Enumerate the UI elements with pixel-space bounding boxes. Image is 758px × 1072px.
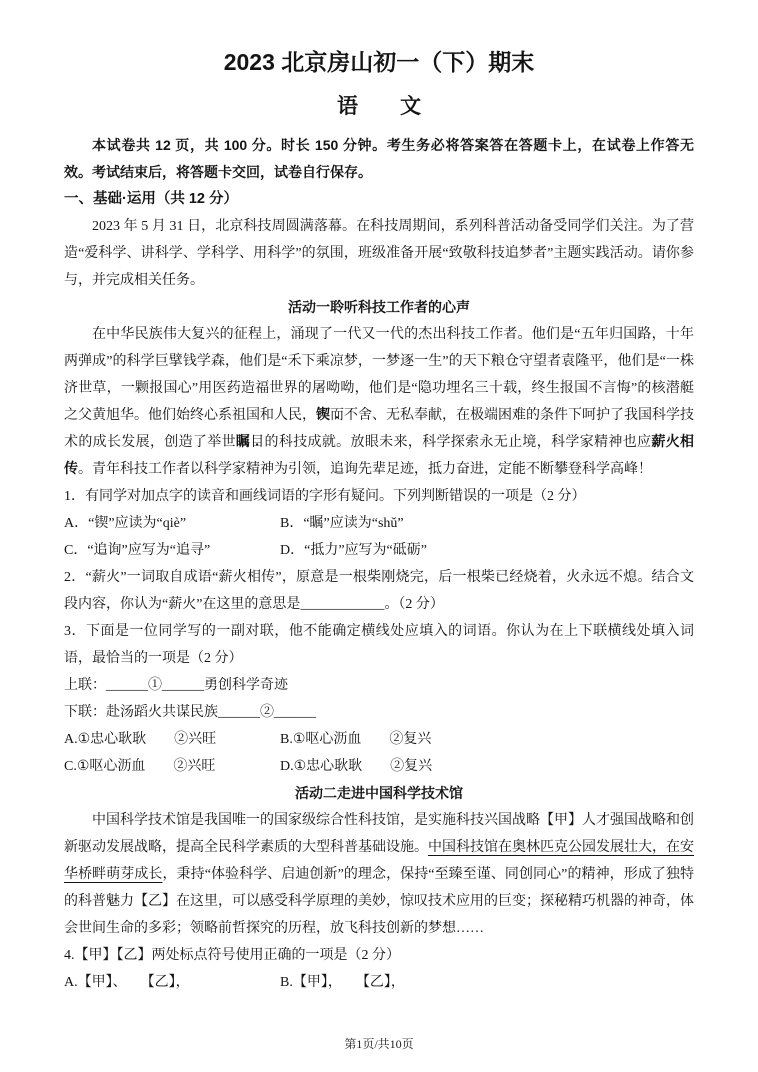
emphasized-char-qie: 锲 xyxy=(316,408,330,423)
question3-option-a: A.①忠心耿耿 ②兴旺 xyxy=(64,726,280,753)
activity1-passage: 在中华民族伟大复兴的征程上，涌现了一代又一代的杰出科技工作者。他们是“五年归国路… xyxy=(64,321,694,483)
question2-stem: 2．“薪火”一词取自成语“薪火相传”，原意是一根柴刚烧完，后一根柴已经烧着，火永… xyxy=(64,564,694,618)
exam-notice: 本试卷共 12 页，共 100 分。时长 150 分钟。考生务必将答案答在答题卡… xyxy=(64,132,694,186)
question1-option-a: A．“锲”应读为“qiè” xyxy=(64,510,280,537)
question4-option-a: A.【甲】、 【乙】， xyxy=(64,969,280,996)
section1-heading: 一、基础·运用（共 12 分） xyxy=(64,186,694,213)
page-number-footer: 第1页/共10页 xyxy=(0,1035,758,1052)
couplet-upper-line: 上联：______①______勇创科学奇迹 xyxy=(64,672,694,699)
question3-option-b: B.①呕心沥血 ②复兴 xyxy=(280,726,694,753)
paper-subject: 语 文 xyxy=(64,92,694,122)
question3-stem: 3．下面是一位同学写的一副对联，他不能确定横线处应填入的词语。你认为在上下联横线… xyxy=(64,618,694,672)
question1-option-c: C．“追询”应写为“追寻” xyxy=(64,537,280,564)
emphasized-char-zhu: 瞩 xyxy=(236,435,250,450)
question2-blank: ____________ xyxy=(300,597,384,612)
question1-options-row1: A．“锲”应读为“qiè” B．“瞩”应读为“shǔ” xyxy=(64,510,694,537)
question3-options-row2: C.①呕心沥血 ②兴旺 D.①忠心耿耿 ②复兴 xyxy=(64,753,694,780)
question2-score: 。（2 分） xyxy=(384,597,444,612)
passage-run: 。青年科技工作者以科学家精神为引领，追询先辈足迹，抵力奋进，定能不断攀登科学高峰… xyxy=(78,462,652,477)
question1-option-b: B．“瞩”应读为“shǔ” xyxy=(280,510,694,537)
activity1-heading: 活动一聆听科技工作者的心声 xyxy=(64,294,694,321)
question3-options-row1: A.①忠心耿耿 ②兴旺 B.①呕心沥血 ②复兴 xyxy=(64,726,694,753)
question1-options-row2: C．“追询”应写为“追寻” D．“抵力”应写为“砥砺” xyxy=(64,537,694,564)
question4-stem: 4.【甲】【乙】两处标点符号使用正确的一项是（2 分） xyxy=(64,942,694,969)
activity2-heading: 活动二走进中国科学技术馆 xyxy=(64,780,694,807)
couplet-lower-line: 下联：赴汤蹈火共谋民族______②______ xyxy=(64,699,694,726)
question1-stem: 1．有同学对加点字的读音和画线词语的字形有疑问。下列判断错误的一项是（2 分） xyxy=(64,483,694,510)
question3-option-c: C.①呕心沥血 ②兴旺 xyxy=(64,753,280,780)
section1-intro-paragraph: 2023 年 5 月 31 日，北京科技周圆满落幕。在科技周期间，系列科普活动备… xyxy=(64,213,694,294)
page-content: 2023 北京房山初一（下）期末 语 文 本试卷共 12 页，共 100 分。时… xyxy=(0,0,758,996)
exam-paper-page: 2023 北京房山初一（下）期末 语 文 本试卷共 12 页，共 100 分。时… xyxy=(0,0,758,1072)
question4-options-row1: A.【甲】、 【乙】， B.【甲】， 【乙】， xyxy=(64,969,694,996)
activity2-passage: 中国科学技术馆是我国唯一的国家级综合性科技馆，是实施科技兴国战略【甲】人才强国战… xyxy=(64,807,694,942)
question4-option-b: B.【甲】， 【乙】， xyxy=(280,969,694,996)
question1-option-d: D．“抵力”应写为“砥砺” xyxy=(280,537,694,564)
passage-run: 目的科技成就。放眼未来，科学探索永无止境，科学家精神也应 xyxy=(250,435,651,450)
question3-option-d: D.①忠心耿耿 ②复兴 xyxy=(280,753,694,780)
paper-title: 2023 北京房山初一（下）期末 xyxy=(64,46,694,78)
